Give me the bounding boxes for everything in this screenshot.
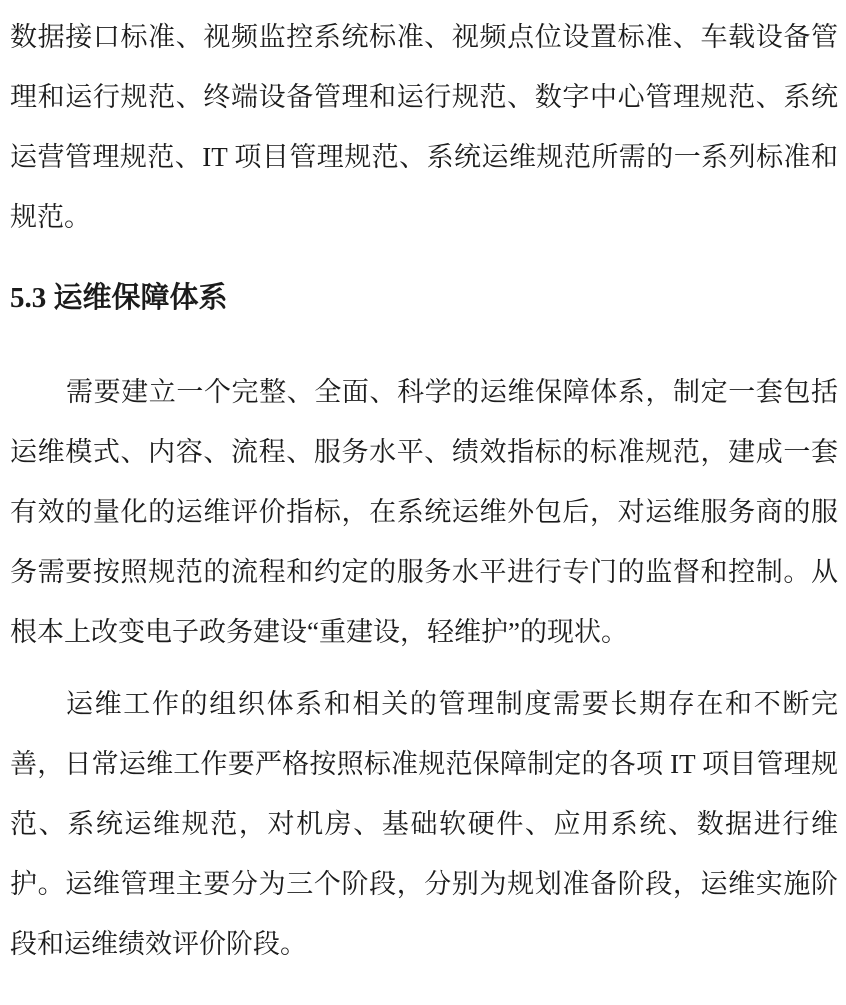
body-paragraph-2: 运维工作的组织体系和相关的管理制度需要长期存在和不断完善，日常运维工作要严格按照… (10, 674, 838, 974)
paragraph-continuation: 数据接口标准、视频监控系统标准、视频点位设置标准、车载设备管理和运行规范、终端设… (10, 7, 838, 247)
section-heading: 5.3 运维保障体系 (10, 268, 838, 328)
document-page: 数据接口标准、视频监控系统标准、视频点位设置标准、车载设备管理和运行规范、终端设… (0, 0, 846, 1005)
body-paragraph-1: 需要建立一个完整、全面、科学的运维保障体系，制定一套包括运维模式、内容、流程、服… (10, 362, 838, 662)
